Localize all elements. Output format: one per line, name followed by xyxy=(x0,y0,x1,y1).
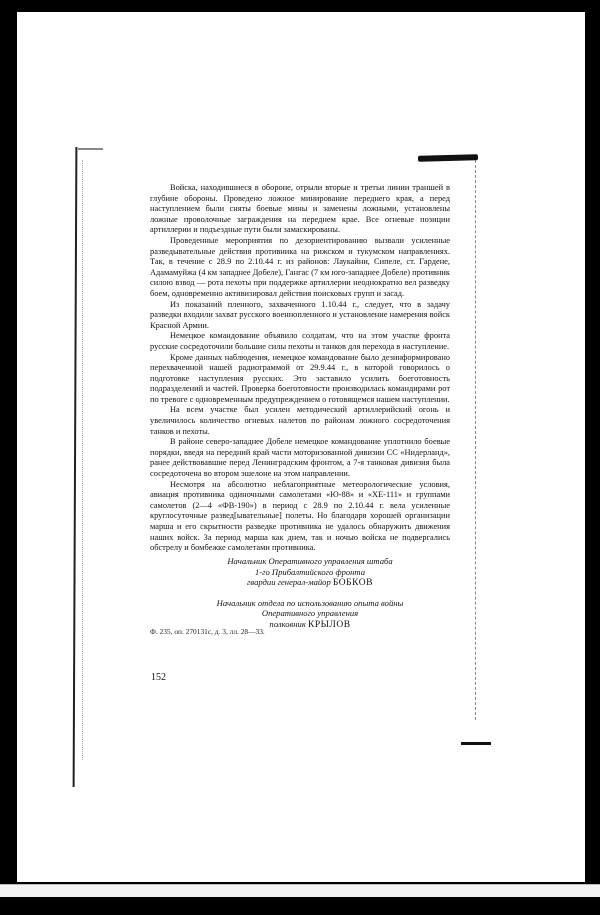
paragraph: Войска, находившиеся в обороне, отрыли в… xyxy=(150,183,450,236)
scanner-border-bottom xyxy=(0,897,600,915)
document-body: Войска, находившиеся в обороне, отрыли в… xyxy=(150,183,450,554)
signature-rank: гвардии генерал-майор xyxy=(247,577,331,587)
signature-title-line: 1-го Прибалтийского фронта xyxy=(180,567,440,578)
paragraph: Из показаний пленного, захваченного 1.10… xyxy=(150,300,450,332)
paragraph: На всем участке был усилен методический … xyxy=(150,405,450,437)
binding-edge-noise xyxy=(82,160,84,760)
page-edge-line xyxy=(475,160,477,720)
page-number: 152 xyxy=(151,672,166,683)
signature-title-line: Начальник отдела по использованию опыта … xyxy=(180,598,440,609)
signature-rank: полковник xyxy=(269,619,305,629)
signature-krylov: Начальник отдела по использованию опыта … xyxy=(180,598,440,631)
corner-mark-bottom-right xyxy=(461,742,491,745)
signature-rank-line: гвардии генерал-майор БОБКОВ xyxy=(180,577,440,589)
paragraph: Несмотря на абсолютно неблагоприятные ме… xyxy=(150,480,450,554)
signature-name: БОБКОВ xyxy=(333,578,373,588)
signature-name: КРЫЛОВ xyxy=(308,620,351,630)
paragraph: Немецкое командование объявило солдатам,… xyxy=(150,331,450,352)
paragraph: Проведенные мероприятия по дезориентиров… xyxy=(150,236,450,300)
corner-mark-top-left xyxy=(78,148,103,150)
scanner-gap xyxy=(0,884,600,898)
signature-bobkov: Начальник Оперативного управления штаба … xyxy=(180,556,440,589)
signature-title-line: Оперативного управления xyxy=(180,608,440,619)
signature-title-line: Начальник Оперативного управления штаба xyxy=(180,556,440,567)
paragraph: Кроме данных наблюдения, немецкое команд… xyxy=(150,353,450,406)
archive-citation: Ф. 235, оп. 270131с, д. 3, лл. 28—33. xyxy=(150,627,265,636)
paragraph: В районе северо-западнее Добеле немецкое… xyxy=(150,437,450,479)
